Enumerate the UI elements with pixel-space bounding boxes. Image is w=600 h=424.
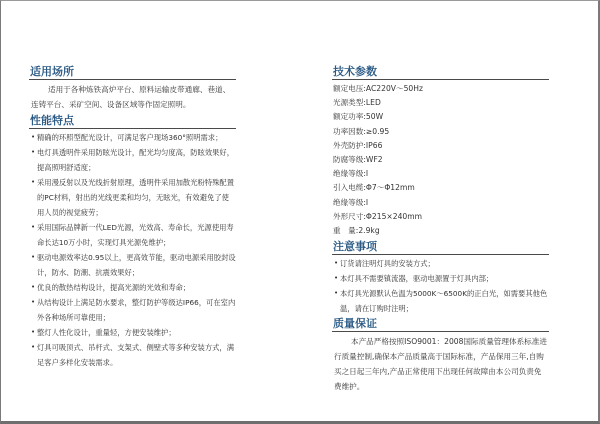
feature-item: •驱动电源效率达0.95以上，更高效节能，驱动电源采用胶封设计，防水、防潮、抗震… bbox=[29, 250, 236, 280]
spec-dimensions: 外形尺寸:Φ215×240mm bbox=[332, 210, 549, 224]
spec-insulation-class-2: 绝缘等级:I bbox=[332, 196, 549, 210]
features-section: 性能特点 •精确的环照型配光设计，可满足客户现场360°照明需求； •电灯具透明… bbox=[29, 113, 236, 370]
bullet-icon: • bbox=[31, 295, 35, 310]
spec-corrosion-grade: 防腐等级:WF2 bbox=[332, 153, 549, 167]
warranty-text: 本产品严格按照ISO9001：2008国际质量管理体系标准进行质量控制,确保本产… bbox=[332, 334, 549, 394]
features-list: •精确的环照型配光设计，可满足客户现场360°照明需求； •电灯具透明件采用防眩… bbox=[29, 130, 236, 370]
feature-text: 精确的环照型配光设计，可满足客户现场360°照明需求； bbox=[37, 133, 222, 142]
note-text: 订货请注明灯具的安装方式； bbox=[340, 259, 435, 268]
application-title: 适用场所 bbox=[29, 64, 236, 80]
warranty-text-body: 本产品严格按照ISO9001：2008国际质量管理体系标准进行质量控制,确保本产… bbox=[334, 337, 547, 391]
notes-section: 注意事项 •订货请注明灯具的安装方式； •本灯具不需要镇流器，驱动电源置于灯具内… bbox=[332, 239, 549, 316]
feature-text: 从结构设计上满足防水要求，整灯防护等级达IP66，可在室内外各种场所可靠使用； bbox=[37, 298, 235, 322]
feature-text: 灯具可吸顶式、吊杆式、支架式、侧壁式等多种安装方式，满足客户多样化安装需求。 bbox=[37, 343, 234, 367]
spec-rated-voltage: 额定电压:AC220V～50Hz bbox=[332, 82, 549, 96]
notes-list: •订货请注明灯具的安装方式； •本灯具不需要镇流器，驱动电源置于灯具内部； •本… bbox=[332, 256, 549, 316]
left-column: 适用场所 适用于各种炼铁高炉平台、原料运输皮带通廊、巷道、连铸平台、采矿空间、设… bbox=[29, 64, 236, 370]
feature-text: 电灯具透明件采用防眩光设计，配光均匀度高，防眩效果好，提高照明舒适度； bbox=[37, 148, 234, 172]
features-title: 性能特点 bbox=[29, 113, 236, 129]
feature-text: 采用国际品牌新一代LED光源，光效高、寿命长，光源使用寿命长达10万小时，实现灯… bbox=[37, 223, 234, 247]
warranty-section: 质量保证 本产品严格按照ISO9001：2008国际质量管理体系标准进行质量控制… bbox=[332, 316, 549, 394]
feature-item: •精确的环照型配光设计，可满足客户现场360°照明需求； bbox=[29, 130, 236, 145]
bullet-icon: • bbox=[31, 340, 35, 355]
note-text: 本灯具不需要镇流器，驱动电源置于灯具内部； bbox=[340, 274, 493, 283]
bullet-icon: • bbox=[31, 145, 35, 160]
feature-item: •电灯具透明件采用防眩光设计，配光均匀度高，防眩效果好，提高照明舒适度； bbox=[29, 145, 236, 175]
spec-cable-entry: 引入电缆:Φ7～Φ12mm bbox=[332, 181, 549, 195]
warranty-title: 质量保证 bbox=[332, 316, 549, 332]
spec-weight: 重 量:2.9kg bbox=[332, 224, 549, 238]
feature-item: •优良的散热结构设计，提高光源的光效和寿命； bbox=[29, 280, 236, 295]
note-text: 本灯具光源默认色温为5000K～6500K的正白光，如需要其他色温，请在订购时注… bbox=[340, 289, 547, 313]
feature-text: 优良的散热结构设计，提高光源的光效和寿命； bbox=[37, 283, 190, 292]
right-column: 技术参数 额定电压:AC220V～50Hz 光源类型:LED 额定功率:50W … bbox=[332, 64, 549, 394]
application-text: 适用于各种炼铁高炉平台、原料运输皮带通廊、巷道、连铸平台、采矿空间、设备区域等作… bbox=[29, 82, 236, 112]
bullet-icon: • bbox=[31, 220, 35, 235]
bullet-icon: • bbox=[334, 256, 338, 271]
bullet-icon: • bbox=[334, 271, 338, 286]
application-text-body: 适用于各种炼铁高炉平台、原料运输皮带通廊、巷道、连铸平台、采矿空间、设备区域等作… bbox=[31, 85, 230, 109]
feature-text: 驱动电源效率达0.95以上，更高效节能，驱动电源采用胶封设计，防水、防潮、抗震效… bbox=[37, 253, 236, 277]
note-item: •本灯具不需要镇流器，驱动电源置于灯具内部； bbox=[332, 271, 549, 286]
bullet-icon: • bbox=[31, 175, 35, 190]
notes-title: 注意事项 bbox=[332, 239, 549, 255]
spec-power-factor: 功率因数:≥0.95 bbox=[332, 125, 549, 139]
feature-item: •灯具可吸顶式、吊杆式、支架式、侧壁式等多种安装方式，满足客户多样化安装需求。 bbox=[29, 340, 236, 370]
note-item: •本灯具光源默认色温为5000K～6500K的正白光，如需要其他色温，请在订购时… bbox=[332, 286, 549, 316]
bullet-icon: • bbox=[31, 280, 35, 295]
spec-rated-power: 额定功率:50W bbox=[332, 110, 549, 124]
specs-section: 技术参数 额定电压:AC220V～50Hz 光源类型:LED 额定功率:50W … bbox=[332, 64, 549, 238]
spec-enclosure-protection: 外壳防护:IP66 bbox=[332, 139, 549, 153]
spec-insulation-class: 绝缘等级:I bbox=[332, 167, 549, 181]
bullet-icon: • bbox=[31, 325, 35, 340]
bullet-icon: • bbox=[31, 250, 35, 265]
brochure-page: 适用场所 适用于各种炼铁高炉平台、原料运输皮带通廊、巷道、连铸平台、采矿空间、设… bbox=[0, 0, 600, 424]
feature-item: •从结构设计上满足防水要求，整灯防护等级达IP66，可在室内外各种场所可靠使用； bbox=[29, 295, 236, 325]
note-item: •订货请注明灯具的安装方式； bbox=[332, 256, 549, 271]
specs-title: 技术参数 bbox=[332, 64, 549, 80]
spec-light-source: 光源类型:LED bbox=[332, 96, 549, 110]
feature-item: •采用漫反射以及光线折射原理，透明件采用加散光粉特殊配置的PC材料，射出的光线更… bbox=[29, 175, 236, 220]
bullet-icon: • bbox=[31, 130, 35, 145]
specs-list: 额定电压:AC220V～50Hz 光源类型:LED 额定功率:50W 功率因数:… bbox=[332, 82, 549, 238]
feature-text: 采用漫反射以及光线折射原理，透明件采用加散光粉特殊配置的PC材料，射出的光线更柔… bbox=[37, 178, 234, 217]
bullet-icon: • bbox=[334, 286, 338, 301]
feature-item: •整灯人性化设计，重量轻，方便安装维护； bbox=[29, 325, 236, 340]
feature-item: •采用国际品牌新一代LED光源，光效高、寿命长，光源使用寿命长达10万小时，实现… bbox=[29, 220, 236, 250]
application-section: 适用场所 适用于各种炼铁高炉平台、原料运输皮带通廊、巷道、连铸平台、采矿空间、设… bbox=[29, 64, 236, 112]
feature-text: 整灯人性化设计，重量轻，方便安装维护； bbox=[37, 328, 176, 337]
